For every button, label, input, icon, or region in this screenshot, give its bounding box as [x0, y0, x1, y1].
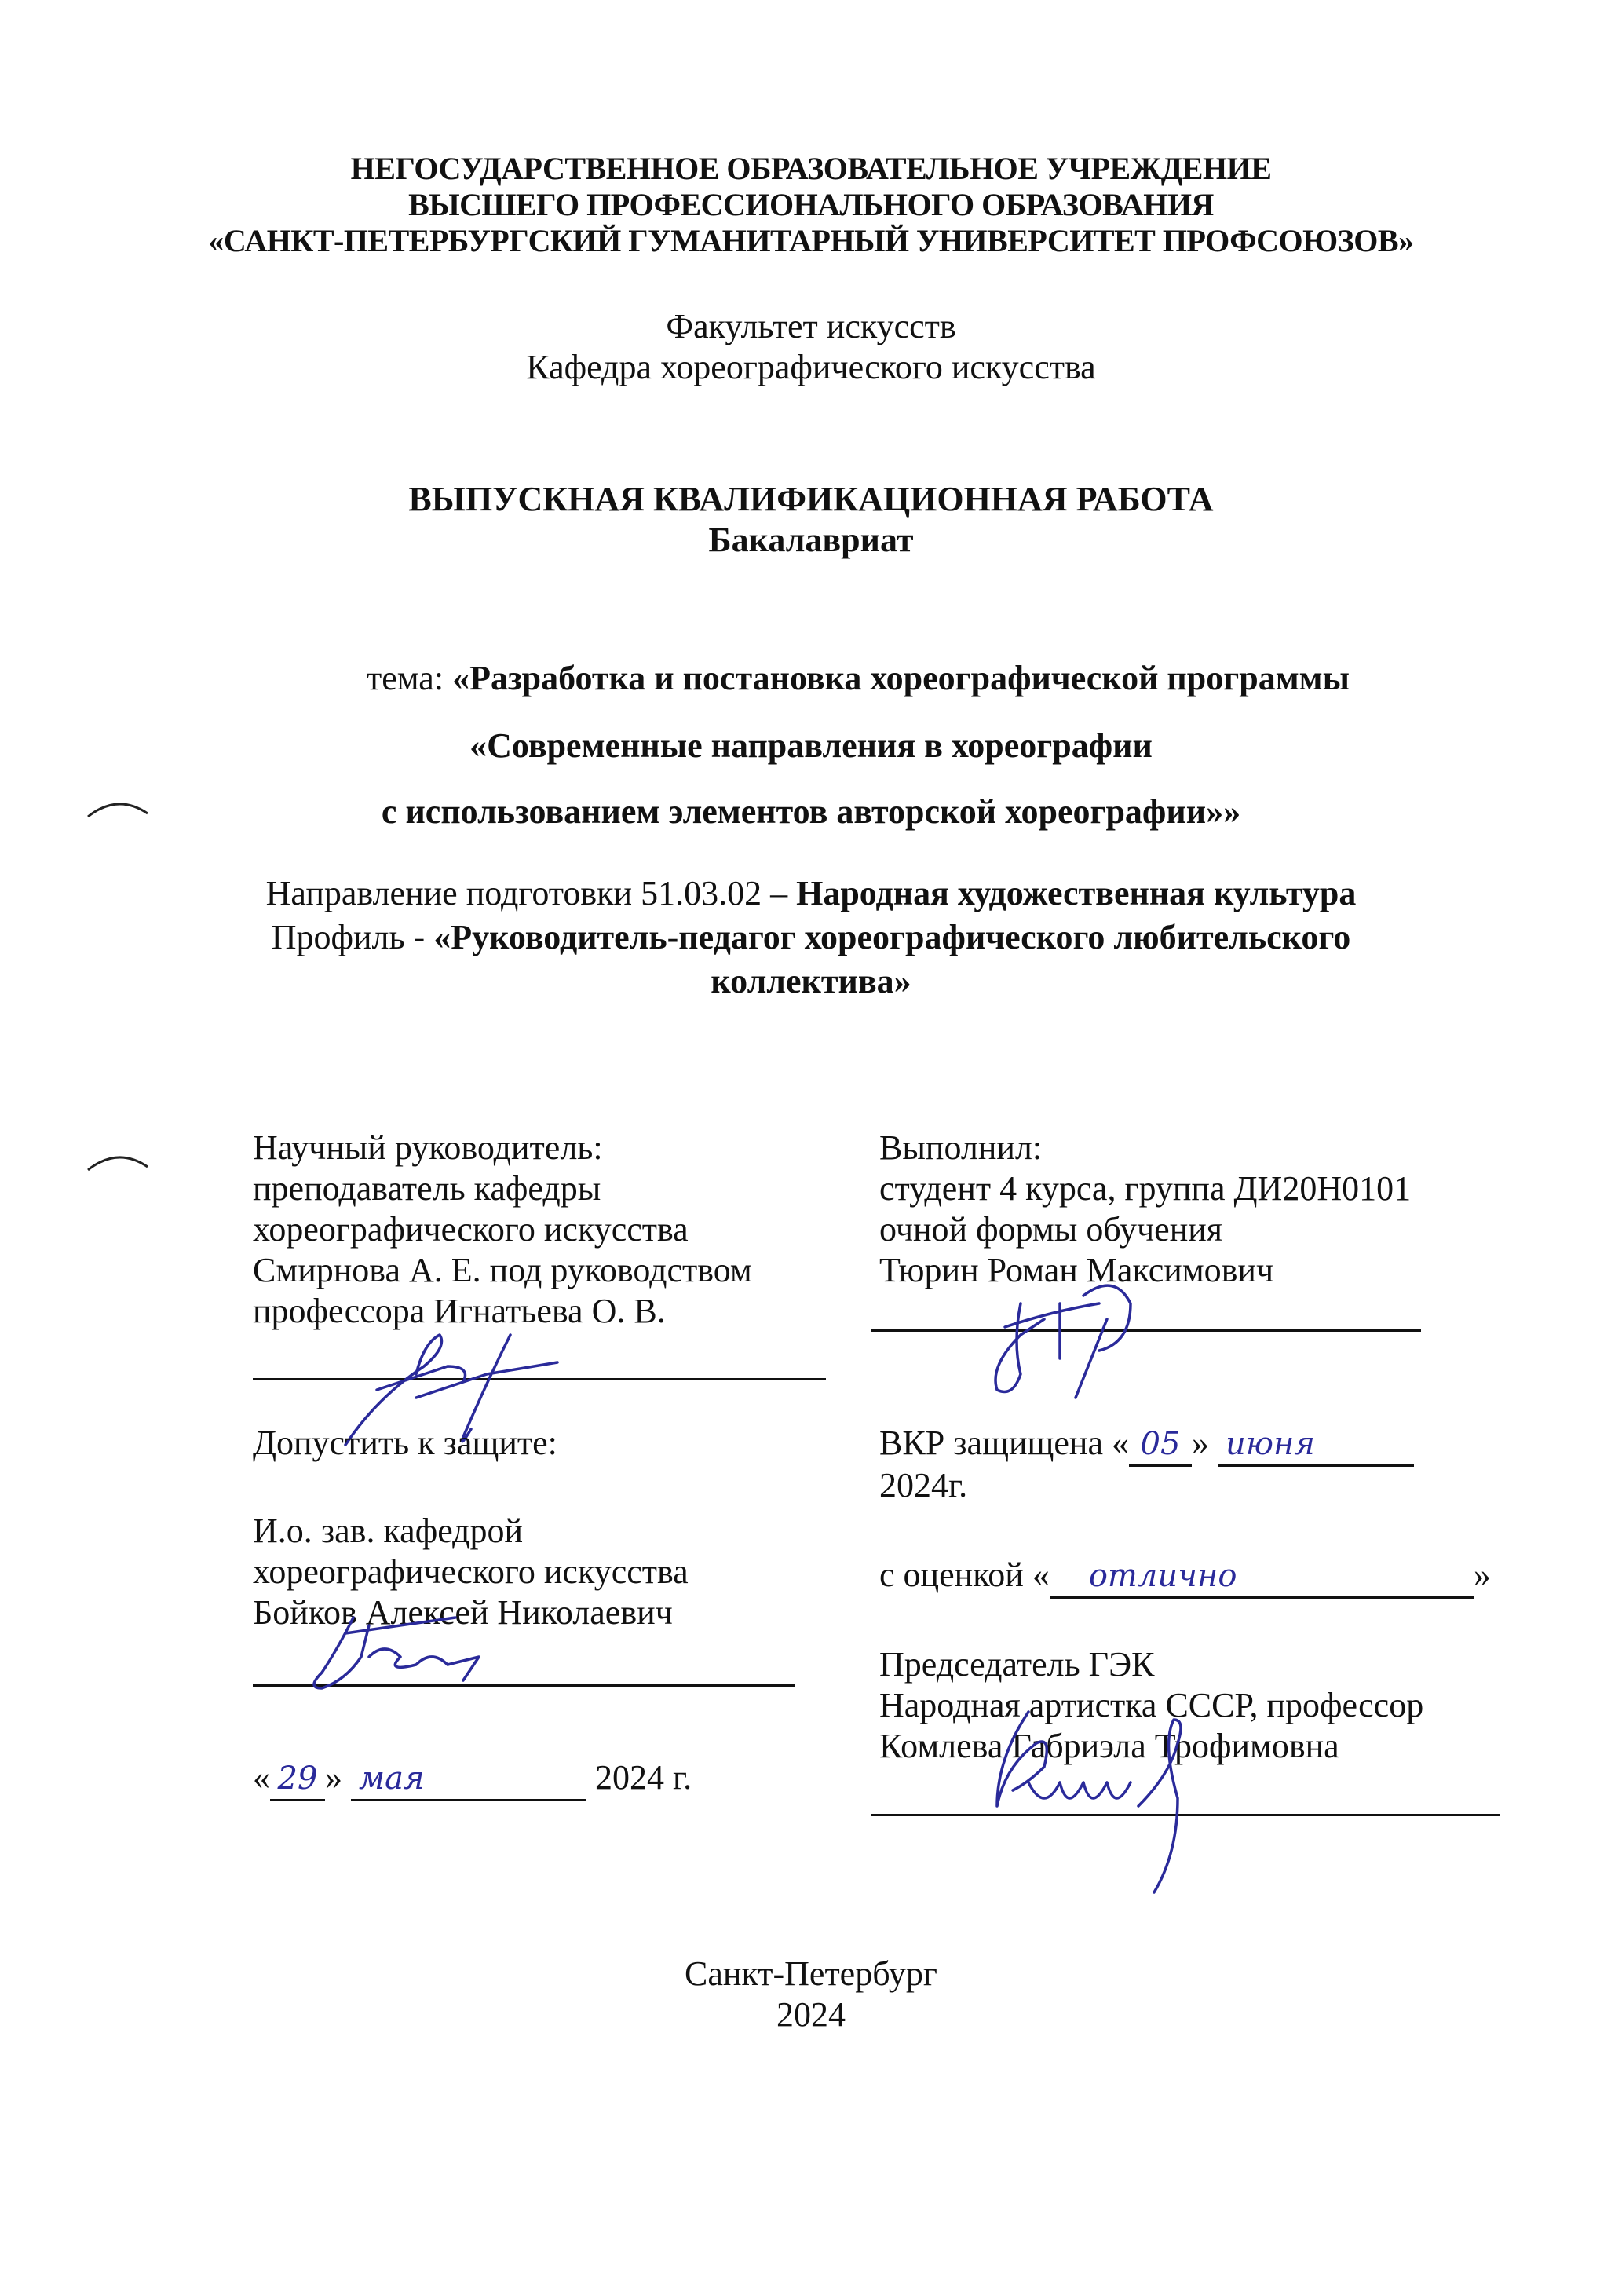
footer-year: 2024	[0, 1994, 1622, 2035]
faculty-block: Факультет искусств Кафедра хореографичес…	[0, 306, 1622, 388]
defense-grade: с оценкой «отлично»	[879, 1555, 1586, 1599]
theme-label: тема:	[272, 659, 444, 697]
admission-year: 2024 г.	[595, 1758, 692, 1797]
faculty: Факультет искусств	[0, 306, 1622, 347]
supervisor-line: Смирнова А. Е. под руководством	[253, 1250, 834, 1291]
chair-title: Председатель ГЭК	[879, 1644, 1586, 1685]
grade-label: с оценкой «	[879, 1556, 1050, 1594]
theme-line-2: «Современные направления в хореографии	[0, 726, 1622, 766]
admission-line: И.о. зав. кафедрой	[253, 1511, 834, 1552]
student-title: Выполнил:	[879, 1128, 1586, 1168]
header-line-3: «САНКТ-ПЕТЕРБУРГСКИЙ ГУМАНИТАРНЫЙ УНИВЕР…	[0, 223, 1622, 259]
punch-hole-mark-bottom	[79, 1146, 157, 1178]
admission-title: Допустить к защите:	[253, 1423, 834, 1464]
department: Кафедра хореографического искусства	[0, 347, 1622, 388]
grade-close-quote: »	[1474, 1556, 1491, 1594]
supervisor-block: Научный руководитель: преподаватель кафе…	[253, 1128, 834, 1332]
theme-text-1: «Разработка и постановка хореографическо…	[444, 659, 1350, 697]
date-close-quote: »	[325, 1758, 342, 1797]
header-line-1: НЕГОСУДАРСТВЕННОЕ ОБРАЗОВАТЕЛЬНОЕ УЧРЕЖД…	[0, 151, 1622, 187]
head-signature	[298, 1610, 534, 1696]
admission-month[interactable]: мая	[351, 1758, 586, 1801]
footer-city: Санкт-Петербург	[0, 1954, 1622, 1994]
defense-month[interactable]: июня	[1218, 1424, 1414, 1467]
student-line: очной формы обучения	[879, 1209, 1586, 1250]
theme-line-3: с использованием элементов авторской хор…	[0, 792, 1622, 832]
profile-value: «Руководитель-педагог хореографического …	[433, 918, 1350, 956]
direction-value: Народная художественная культура	[796, 874, 1356, 912]
student-line: студент 4 курса, группа ДИ20Н0101	[879, 1168, 1586, 1209]
work-title-block: ВЫПУСКНАЯ КВАЛИФИКАЦИОННАЯ РАБОТА Бакала…	[0, 479, 1622, 561]
footer: Санкт-Петербург 2024	[0, 1954, 1622, 2035]
defense-day[interactable]: 05	[1129, 1424, 1192, 1467]
supervisor-line: преподаватель кафедры	[253, 1168, 834, 1209]
student-line: Тюрин Роман Максимович	[879, 1250, 1586, 1291]
student-block: Выполнил: студент 4 курса, группа ДИ20Н0…	[879, 1128, 1586, 1291]
header-line-2: ВЫСШЕГО ПРОФЕССИОНАЛЬНОГО ОБРАЗОВАНИЯ	[0, 187, 1622, 223]
profile: Профиль - «Руководитель-педагог хореогра…	[0, 917, 1622, 958]
theme-line-1: тема: «Разработка и постановка хореограф…	[0, 658, 1622, 699]
defense-label: ВКР защищена «	[879, 1424, 1129, 1462]
direction-label: Направление подготовки 51.03.02 –	[266, 874, 797, 912]
chair-signature	[981, 1696, 1217, 1900]
supervisor-title: Научный руководитель:	[253, 1128, 834, 1168]
work-type: ВЫПУСКНАЯ КВАЛИФИКАЦИОННАЯ РАБОТА	[0, 479, 1622, 520]
admission-date: «29» мая 2024 г.	[253, 1757, 881, 1801]
defense-close-quote: »	[1192, 1424, 1209, 1462]
direction: Направление подготовки 51.03.02 – Народн…	[0, 873, 1622, 914]
defense-date: ВКР защищена «05» июня	[879, 1423, 1586, 1467]
institution-header: НЕГОСУДАРСТВЕННОЕ ОБРАЗОВАТЕЛЬНОЕ УЧРЕЖД…	[0, 151, 1622, 259]
profile-label: Профиль -	[272, 918, 434, 956]
degree: Бакалавриат	[0, 520, 1622, 561]
supervisor-line: хореографического искусства	[253, 1209, 834, 1250]
defense-year: 2024г.	[879, 1465, 967, 1506]
grade-value[interactable]: отлично	[1050, 1556, 1474, 1599]
student-signature	[989, 1272, 1178, 1406]
profile-value-line-2: коллектива»	[0, 961, 1622, 1002]
admission-day[interactable]: 29	[270, 1758, 325, 1801]
admission-line: хореографического искусства	[253, 1552, 834, 1592]
date-open-quote: «	[253, 1758, 270, 1797]
